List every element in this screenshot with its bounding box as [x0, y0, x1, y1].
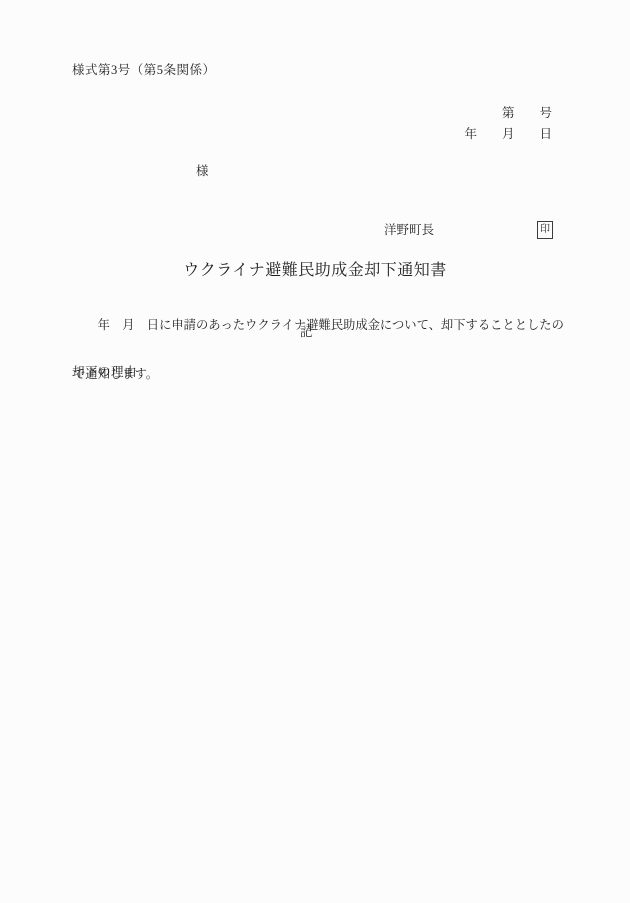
date-line: 年 月 日 — [464, 127, 552, 142]
rejection-reason-label: 却下の理由 — [72, 365, 137, 380]
document-title: ウクライナ避難民助成金却下通知書 — [73, 261, 557, 280]
form-number: 様式第3号（第5条関係） — [72, 63, 216, 78]
seal-label: 印 — [540, 225, 550, 235]
sender-title: 洋野町長 — [384, 223, 434, 238]
seal-box: 印 — [537, 221, 553, 239]
body-line-2: で通知します。 — [73, 364, 559, 384]
document-page: 様式第3号（第5条関係） 第 号 年 月 日 様 洋野町長 印 ウクライナ避難民… — [0, 0, 630, 903]
document-number-line: 第 号 — [502, 106, 552, 121]
addressee-honorific: 様 — [196, 164, 209, 179]
record-heading: 記 — [300, 325, 313, 340]
body-line-1: 年 月 日に申請のあったウクライナ避難民助成金について、却下することとしたの — [73, 315, 559, 335]
body-paragraph: 年 月 日に申請のあったウクライナ避難民助成金について、却下することとしたの で… — [73, 285, 559, 414]
